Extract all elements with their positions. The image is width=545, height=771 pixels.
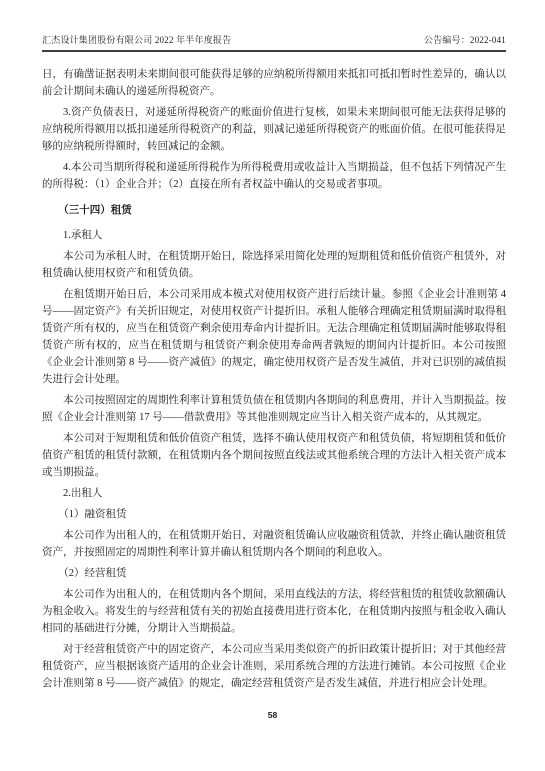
subsection-heading-lessor: 2.出租人 xyxy=(42,485,506,502)
paragraph-operating-lease-income: 本公司作为出租人的，在租赁期内各个期间，采用直线法的方法，将经营租赁的租赁收款额… xyxy=(42,586,506,637)
subsection-heading-operating-lease: （2）经营租赁 xyxy=(42,565,506,582)
paragraph-right-of-use-measurement: 在租赁期开始日后，本公司采用成本模式对使用权资产进行后续计量。参照《企业会计准则… xyxy=(42,286,506,388)
section-heading-leases: （三十四）租赁 xyxy=(42,202,506,219)
paragraph-short-term-leases: 本公司对于短期租赁和低价值资产租赁，选择不确认使用权资产和租赁负债，将短期租赁和… xyxy=(42,430,506,481)
paragraph-deferred-tax-review: 3.资产负债表日，对递延所得税资产的账面价值进行复核，如果未来期间很可能无法获得… xyxy=(42,104,506,155)
paragraph-lessee-initial-recognition: 本公司为承租人时，在租赁期开始日，除选择采用简化处理的短期租赁和低价值资产租赁外… xyxy=(42,248,506,282)
page-number: 58 xyxy=(268,710,277,720)
subsection-heading-finance-lease: （1）融资租赁 xyxy=(42,506,506,523)
page-header: 汇杰设计集团股份有限公司 2022 年半年度报告 公告编号：2022-041 xyxy=(42,33,506,46)
subsection-heading-lessee: 1.承租人 xyxy=(42,227,506,244)
page-footer: 58 xyxy=(0,705,545,723)
paragraph-lease-liability-interest: 本公司按照固定的周期性利率计算租赁负债在租赁期内各期间的利息费用，并计入当期损益… xyxy=(42,392,506,426)
paragraph-continuation: 日，有确凿证据表明未来期间很可能获得足够的应纳税所得额用来抵扣可抵扣暂时性差异的… xyxy=(42,66,506,100)
header-announcement-number: 公告编号：2022-041 xyxy=(424,33,506,46)
paragraph-operating-lease-assets: 对于经营租赁资产中的固定资产，本公司应当采用类似资产的折旧政策计提折旧；对于其他… xyxy=(42,641,506,692)
document-body: 日，有确凿证据表明未来期间很可能获得足够的应纳税所得额用来抵扣可抵扣暂时性差异的… xyxy=(42,62,506,696)
paragraph-finance-lease-recognition: 本公司作为出租人的，在租赁期开始日，对融资租赁确认应收融资租赁款，并终止确认融资… xyxy=(42,527,506,561)
document-page: 汇杰设计集团股份有限公司 2022 年半年度报告 公告编号：2022-041 日… xyxy=(0,0,545,771)
paragraph-income-tax-recognition: 4.本公司当期所得税和递延所得税作为所得税费用或收益计入当期损益，但不包括下列情… xyxy=(42,159,506,193)
header-report-title: 汇杰设计集团股份有限公司 2022 年半年度报告 xyxy=(42,33,231,46)
header-divider xyxy=(42,50,506,52)
